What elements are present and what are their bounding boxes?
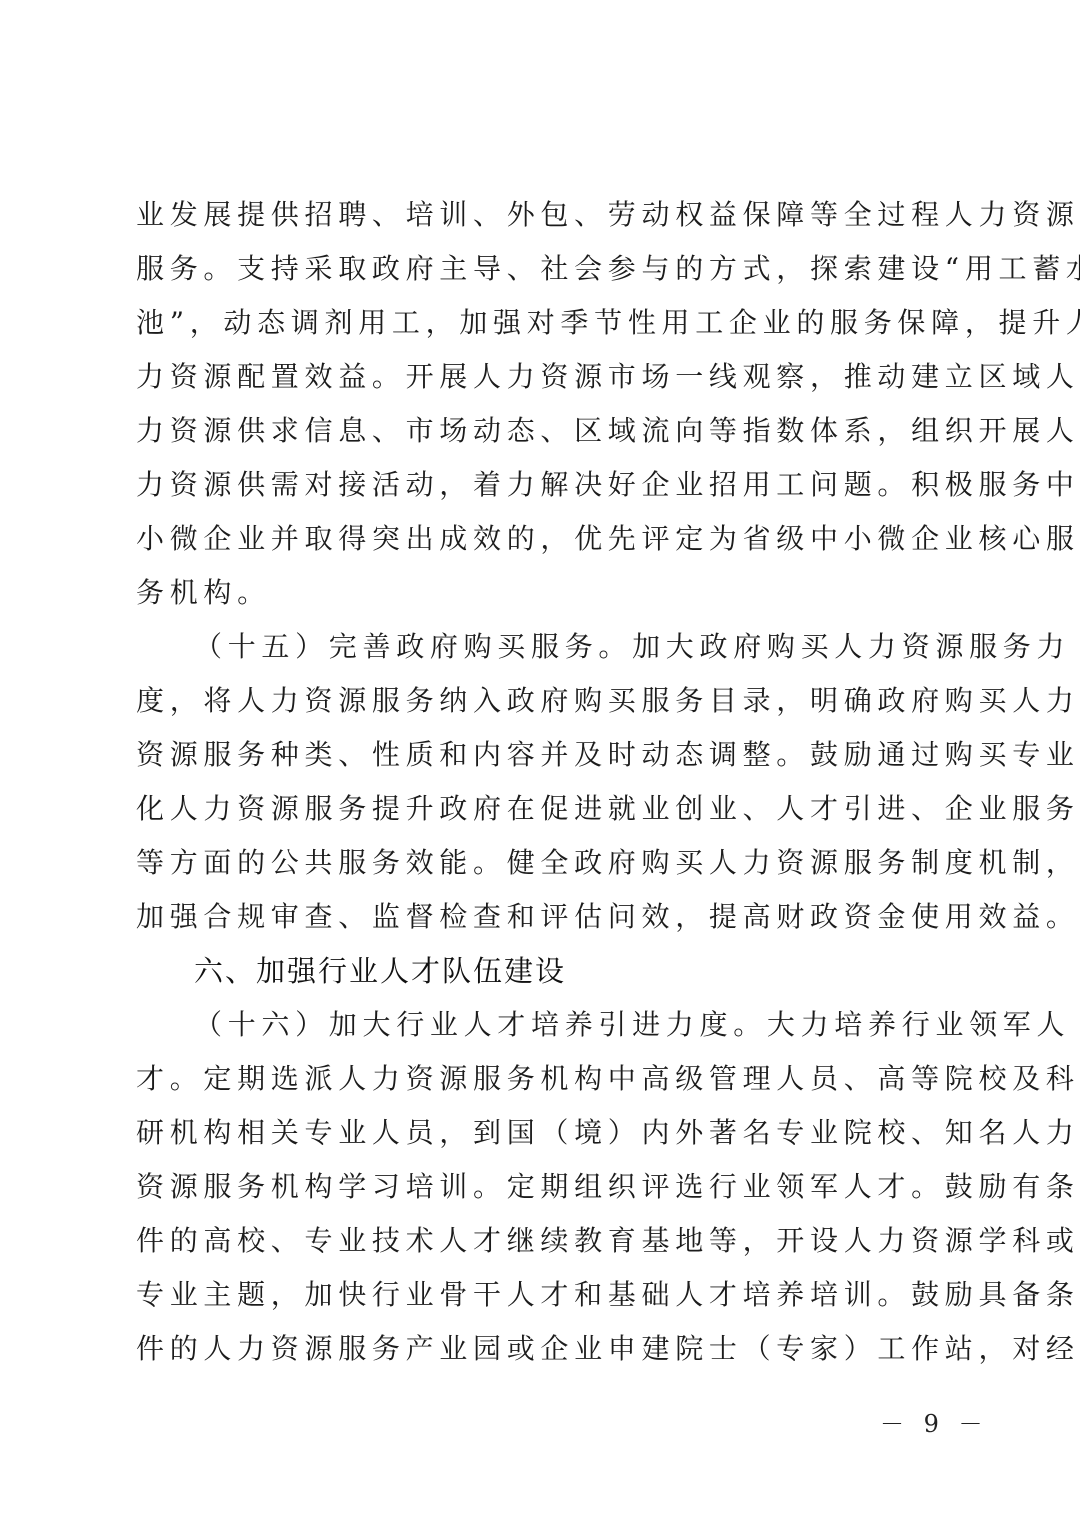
paragraph-line: 业发展提供招聘、培训、外包、劳动权益保障等全过程人力资源 — [136, 188, 946, 242]
paragraph-line: 力资源供求信息、市场动态、区域流向等指数体系，组织开展人 — [136, 404, 946, 458]
paragraph-line: 加强合规审查、监督检查和评估问效，提高财政资金使用效益。 — [136, 890, 946, 944]
paragraph-line: 件的高校、专业技术人才继续教育基地等，开设人力资源学科或 — [136, 1214, 946, 1268]
paragraph-line: 化人力资源服务提升政府在促进就业创业、人才引进、企业服务 — [136, 782, 946, 836]
document-page: 业发展提供招聘、培训、外包、劳动权益保障等全过程人力资源 服务。支持采取政府主导… — [0, 0, 1080, 1527]
page-number: － 9 － — [880, 1404, 989, 1439]
section-heading: 六、加强行业人才队伍建设 — [136, 944, 946, 998]
paragraph-line: 小微企业并取得突出成效的，优先评定为省级中小微企业核心服 — [136, 512, 946, 566]
paragraph-line: 务机构。 — [136, 566, 946, 620]
section-15-title-line: （十五）完善政府购买服务。加大政府购买人力资源服务力 — [136, 620, 946, 674]
paragraph-line: 资源服务种类、性质和内容并及时动态调整。鼓励通过购买专业 — [136, 728, 946, 782]
paragraph-line: 度，将人力资源服务纳入政府购买服务目录，明确政府购买人力 — [136, 674, 946, 728]
paragraph-line: 研机构相关专业人员，到国（境）内外著名专业院校、知名人力 — [136, 1106, 946, 1160]
paragraph-line: 资源服务机构学习培训。定期组织评选行业领军人才。鼓励有条 — [136, 1160, 946, 1214]
section-16-title-line: （十六）加大行业人才培养引进力度。大力培养行业领军人 — [136, 998, 946, 1052]
paragraph-line: 专业主题，加快行业骨干人才和基础人才培养培训。鼓励具备条 — [136, 1268, 946, 1322]
paragraph-line: 才。定期选派人力资源服务机构中高级管理人员、高等院校及科 — [136, 1052, 946, 1106]
paragraph-line: 力资源供需对接活动，着力解决好企业招用工问题。积极服务中 — [136, 458, 946, 512]
paragraph-line: 池”，动态调剂用工，加强对季节性用工企业的服务保障，提升人 — [136, 296, 946, 350]
paragraph-line: 力资源配置效益。开展人力资源市场一线观察，推动建立区域人 — [136, 350, 946, 404]
document-body: 业发展提供招聘、培训、外包、劳动权益保障等全过程人力资源 服务。支持采取政府主导… — [136, 188, 946, 1376]
paragraph-line: 件的人力资源服务产业园或企业申建院士（专家）工作站，对经 — [136, 1322, 946, 1376]
paragraph-line: 等方面的公共服务效能。健全政府购买人力资源服务制度机制， — [136, 836, 946, 890]
paragraph-line: 服务。支持采取政府主导、社会参与的方式，探索建设“用工蓄水 — [136, 242, 946, 296]
